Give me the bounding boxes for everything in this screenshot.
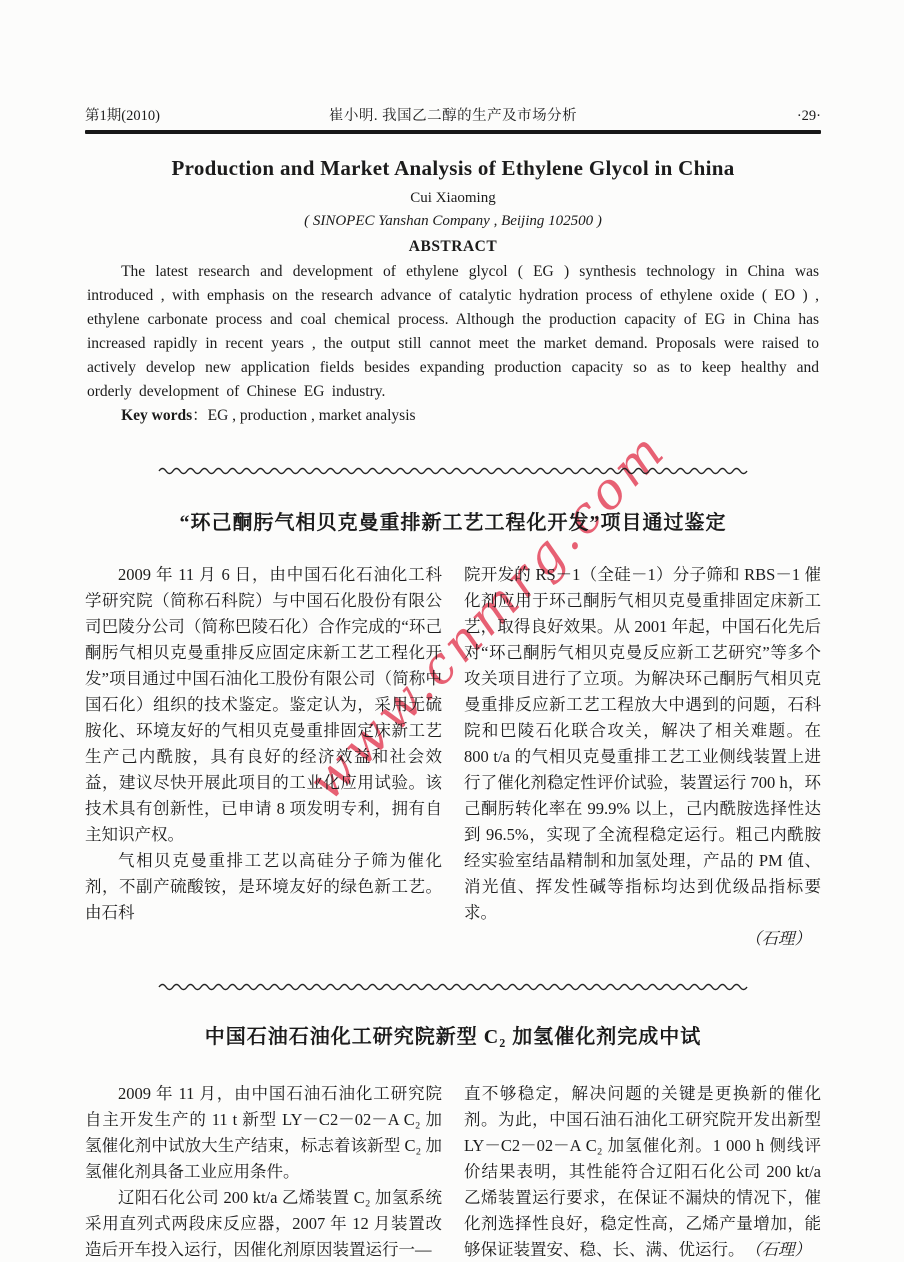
news2-title: 中国石油石油化工研究院新型 C₂ 加氢催化剂完成中试 [85, 1020, 821, 1049]
header-page-number: ·29· [637, 108, 821, 125]
news1-columns: 2009 年 11 月 6 日，由中国石化石油化工科学研究院（简称石科院）与中国… [85, 562, 821, 952]
wavy-line-icon [158, 982, 748, 991]
paragraph: 直不够稳定，解决问题的关键是更换新的催化剂。为此，中国石油石油化工研究院开发出新… [464, 1081, 821, 1262]
journal-page: www.cnmrg.com 第1期(2010) 崔小明. 我国乙二醇的生产及市场… [0, 0, 904, 1262]
news1-left-column: 2009 年 11 月 6 日，由中国石化石油化工科学研究院（简称石科院）与中国… [85, 562, 442, 952]
news2-columns: 2009 年 11 月，由中国石油石油化工研究院自主开发生产的 11 t 新型 … [85, 1081, 821, 1262]
page-content: 第1期(2010) 崔小明. 我国乙二醇的生产及市场分析 ·29· Produc… [85, 0, 821, 1262]
paragraph: 2009 年 11 月 6 日，由中国石化石油化工科学研究院（简称石科院）与中国… [85, 562, 442, 848]
wavy-divider-2 [85, 978, 821, 996]
news2-left-column: 2009 年 11 月，由中国石油石油化工研究院自主开发生产的 11 t 新型 … [85, 1081, 442, 1262]
paper-author: Cui Xiaoming [85, 190, 821, 207]
wavy-line-icon [158, 466, 748, 475]
paper-title: Production and Market Analysis of Ethyle… [85, 156, 821, 181]
abstract-heading: ABSTRACT [85, 238, 821, 256]
paragraph: 辽阳石化公司 200 kt/a 乙烯装置 C₂ 加氢系统采用直列式两段床反应器，… [85, 1185, 442, 1262]
keywords-text: ：EG , production , market analysis [192, 407, 415, 424]
news2-right-column: 直不够稳定，解决问题的关键是更换新的催化剂。为此，中国石油石油化工研究院开发出新… [464, 1081, 821, 1262]
header-issue: 第1期(2010) [85, 104, 269, 125]
news1-right-column: 院开发的 RS－1（全硅－1）分子筛和 RBS－1 催化剂应用于环己酮肟气相贝克… [464, 562, 821, 952]
keywords-label: Key words [121, 407, 192, 424]
page-header: 第1期(2010) 崔小明. 我国乙二醇的生产及市场分析 ·29· [85, 104, 821, 125]
header-rule [85, 130, 821, 134]
wavy-divider-1 [85, 462, 821, 480]
news1-byline: （石理） [464, 926, 821, 952]
header-running-title: 崔小明. 我国乙二醇的生产及市场分析 [269, 104, 637, 125]
news1-title: “环己酮肟气相贝克曼重排新工艺工程化开发”项目通过鉴定 [85, 506, 821, 535]
paper-affiliation: ( SINOPEC Yanshan Company , Beijing 1025… [85, 213, 821, 230]
keywords-line: Key words：EG , production , market analy… [87, 404, 819, 428]
paragraph: 气相贝克曼重排工艺以高硅分子筛为催化剂，不副产硫酸铵，是环境友好的绿色新工艺。由… [85, 848, 442, 926]
abstract-text: The latest research and development of e… [87, 260, 819, 404]
paragraph: 2009 年 11 月，由中国石油石油化工研究院自主开发生产的 11 t 新型 … [85, 1081, 442, 1185]
paragraph: 院开发的 RS－1（全硅－1）分子筛和 RBS－1 催化剂应用于环己酮肟气相贝克… [464, 562, 821, 926]
